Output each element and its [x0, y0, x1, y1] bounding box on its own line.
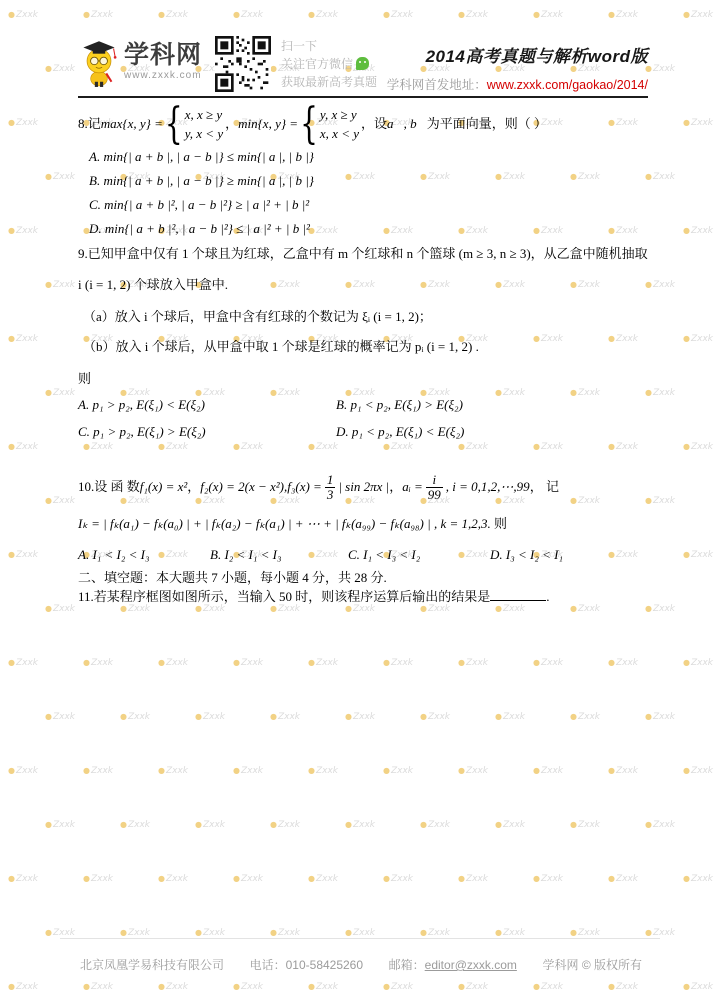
footer-rule [60, 938, 660, 939]
watermark: ●Zxxk [45, 280, 75, 290]
watermark-mascot-icon: ● [8, 442, 15, 451]
qr-code [215, 36, 271, 92]
watermark: ●Zxxk [533, 226, 563, 236]
watermark-mascot-icon: ● [570, 388, 577, 397]
watermark: ●Zxxk [345, 712, 375, 722]
watermark-mascot-icon: ● [420, 820, 427, 829]
watermark-mascot-icon: ● [458, 874, 465, 883]
watermark: ●Zxxk [495, 388, 525, 398]
watermark: ●Zxxk [345, 820, 375, 830]
watermark: ●Zxxk [683, 550, 713, 560]
watermark: ●Zxxk [420, 928, 450, 938]
watermark: ●Zxxk [458, 10, 488, 20]
watermark-mascot-icon: ● [495, 712, 502, 721]
watermark: ●Zxxk [645, 928, 675, 938]
qr-caption-line1: 扫一下 [281, 37, 377, 55]
watermark-mascot-icon: ● [158, 10, 165, 19]
watermark-mascot-icon: ● [683, 550, 690, 559]
watermark-mascot-icon: ● [83, 442, 90, 451]
watermark-mascot-icon: ● [495, 820, 502, 829]
watermark: ●Zxxk [308, 982, 338, 992]
watermark-mascot-icon: ● [533, 226, 540, 235]
watermark: ●Zxxk [8, 766, 38, 776]
watermark: ●Zxxk [120, 820, 150, 830]
watermark-mascot-icon: ● [608, 442, 615, 451]
watermark: ●Zxxk [683, 874, 713, 884]
watermark: ●Zxxk [383, 226, 413, 236]
watermark: ●Zxxk [308, 874, 338, 884]
watermark: ●Zxxk [570, 712, 600, 722]
watermark: ●Zxxk [683, 10, 713, 20]
q9-option-a: A. p₁ > p₂, E(ξ₁) < E(ξ₂) [78, 396, 336, 414]
watermark: ●Zxxk [308, 442, 338, 452]
watermark: ●Zxxk [83, 658, 113, 668]
watermark-mascot-icon: ● [8, 982, 15, 991]
watermark: ●Zxxk [308, 658, 338, 668]
watermark-mascot-icon: ● [570, 172, 577, 181]
watermark-mascot-icon: ● [683, 766, 690, 775]
source-link[interactable]: www.zxxk.com/gaokao/2014/ [487, 78, 648, 92]
q9-option-d: D. p₁ < p₂, E(ξ₁) < E(ξ₂) [336, 423, 464, 441]
q10-option-b: B. I₂ < I₁ < I₃ [210, 546, 348, 564]
watermark: ●Zxxk [683, 442, 713, 452]
watermark: ●Zxxk [383, 874, 413, 884]
watermark: ●Zxxk [420, 172, 450, 182]
watermark-mascot-icon: ● [570, 712, 577, 721]
watermark-mascot-icon: ● [608, 874, 615, 883]
watermark-mascot-icon: ● [533, 766, 540, 775]
watermark-mascot-icon: ● [608, 118, 615, 127]
watermark: ●Zxxk [270, 820, 300, 830]
watermark: ●Zxxk [645, 172, 675, 182]
watermark-mascot-icon: ● [608, 226, 615, 235]
watermark: ●Zxxk [45, 496, 75, 506]
q8-vectors: a⃗, b⃗ [387, 115, 427, 133]
watermark: ●Zxxk [570, 388, 600, 398]
zxxk-logo: 学科网 www.zxxk.com [78, 36, 202, 88]
watermark-mascot-icon: ● [120, 928, 127, 937]
watermark-mascot-icon: ● [233, 658, 240, 667]
watermark-mascot-icon: ● [683, 118, 690, 127]
watermark-mascot-icon: ● [120, 712, 127, 721]
watermark: ●Zxxk [608, 550, 638, 560]
watermark-mascot-icon: ● [683, 10, 690, 19]
watermark: ●Zxxk [570, 280, 600, 290]
watermark-mascot-icon: ● [420, 928, 427, 937]
watermark-mascot-icon: ● [383, 226, 390, 235]
footer-email-line: 邮箱：editor@zxxk.com [389, 956, 517, 973]
watermark-mascot-icon: ● [158, 766, 165, 775]
footer-company: 北京凤凰学易科技有限公司 [80, 956, 224, 973]
watermark: ●Zxxk [533, 334, 563, 344]
watermark-mascot-icon: ● [270, 712, 277, 721]
qr-caption: 扫一下 关注官方微信 获取最新高考真题 [281, 37, 377, 91]
watermark-mascot-icon: ● [308, 658, 315, 667]
qr-caption-line2: 关注官方微信 [281, 57, 353, 71]
q10-stem-line2: Iₖ = | fₖ(a₁) − fₖ(a₀) | + | fₖ(a₂) − fₖ… [78, 515, 507, 533]
watermark-mascot-icon: ● [8, 658, 15, 667]
watermark: ●Zxxk [158, 766, 188, 776]
watermark-mascot-icon: ● [83, 982, 90, 991]
q9-stem-line1: 9.已知甲盒中仅有 1 个球且为红球，乙盒中有 m 个红球和 n 个篮球 (m … [78, 245, 648, 263]
watermark: ●Zxxk [195, 712, 225, 722]
watermark-mascot-icon: ● [645, 604, 652, 613]
header: 学科网 www.zxxk.com [78, 34, 648, 94]
watermark: ●Zxxk [8, 658, 38, 668]
watermark: ●Zxxk [233, 658, 263, 668]
watermark: ●Zxxk [645, 712, 675, 722]
q8-mid: ， [225, 115, 238, 133]
watermark: ●Zxxk [458, 982, 488, 992]
logo-url: www.zxxk.com [124, 71, 202, 81]
watermark: ●Zxxk [233, 766, 263, 776]
watermark-mascot-icon: ● [608, 10, 615, 19]
source-line: 学科网首发地址：www.zxxk.com/gaokao/2014/ [387, 75, 648, 93]
watermark-mascot-icon: ● [45, 928, 52, 937]
watermark-mascot-icon: ● [45, 172, 52, 181]
q8-min-cases: { y, x ≥ y x, x < y [300, 104, 359, 144]
q9-item-b: （b）放入 i 个球后，从甲盒中取 1 个球是红球的概率记为 pᵢ (i = 1… [83, 338, 479, 356]
watermark-mascot-icon: ● [608, 334, 615, 343]
watermark-mascot-icon: ● [195, 928, 202, 937]
q9-option-b: B. p₁ < p₂, E(ξ₁) > E(ξ₂) [336, 396, 464, 414]
watermark-mascot-icon: ● [495, 388, 502, 397]
q9-item-a: （a）放入 i 个球后，甲盒中含有红球的个数记为 ξᵢ (i = 1, 2)； [83, 308, 432, 326]
watermark-mascot-icon: ● [495, 172, 502, 181]
watermark: ●Zxxk [8, 10, 38, 20]
watermark-mascot-icon: ● [83, 10, 90, 19]
watermark-mascot-icon: ● [233, 766, 240, 775]
watermark-mascot-icon: ● [233, 874, 240, 883]
watermark: ●Zxxk [533, 874, 563, 884]
watermark: ●Zxxk [683, 334, 713, 344]
answer-blank [490, 587, 546, 601]
footer-copyright: 学科网 © 版权所有 [542, 956, 642, 973]
watermark-mascot-icon: ● [45, 280, 52, 289]
watermark: ●Zxxk [383, 658, 413, 668]
q10-option-a: A. I₁ < I₂ < I₃ [78, 546, 210, 564]
q8-max-cases: { x, x ≥ y y, x < y [165, 104, 223, 144]
watermark-mascot-icon: ● [308, 874, 315, 883]
watermark-mascot-icon: ● [345, 280, 352, 289]
logo-title: 学科网 [124, 43, 202, 68]
watermark: ●Zxxk [270, 712, 300, 722]
watermark: ●Zxxk [495, 172, 525, 182]
watermark: ●Zxxk [608, 334, 638, 344]
watermark: ●Zxxk [645, 820, 675, 830]
fraction-one-third: 1 3 [325, 473, 336, 502]
watermark-mascot-icon: ● [233, 442, 240, 451]
watermark-mascot-icon: ● [570, 496, 577, 505]
watermark-mascot-icon: ● [383, 766, 390, 775]
watermark-mascot-icon: ● [645, 928, 652, 937]
watermark-mascot-icon: ● [8, 874, 15, 883]
watermark: ●Zxxk [233, 10, 263, 20]
watermark-mascot-icon: ● [345, 712, 352, 721]
q8-min-lhs: min{x, y} = [238, 115, 298, 133]
watermark: ●Zxxk [458, 766, 488, 776]
watermark-mascot-icon: ● [683, 982, 690, 991]
watermark-mascot-icon: ● [420, 280, 427, 289]
watermark-mascot-icon: ● [458, 226, 465, 235]
q10-options: A. I₁ < I₂ < I₃ B. I₂ < I₁ < I₃ C. I₁ < … [78, 546, 563, 564]
watermark: ●Zxxk [83, 766, 113, 776]
watermark: ●Zxxk [45, 928, 75, 938]
watermark: ●Zxxk [533, 442, 563, 452]
q8-option-c: C. min{| a + b |², | a − b |²} ≥ | a |² … [89, 196, 314, 220]
watermark-mascot-icon: ● [45, 388, 52, 397]
header-rule [78, 96, 648, 98]
footer-email-link[interactable]: editor@zxxk.com [425, 958, 517, 972]
watermark: ●Zxxk [458, 874, 488, 884]
watermark: ●Zxxk [570, 604, 600, 614]
watermark: ●Zxxk [683, 226, 713, 236]
watermark-mascot-icon: ● [383, 874, 390, 883]
watermark-mascot-icon: ● [83, 658, 90, 667]
watermark: ●Zxxk [158, 658, 188, 668]
watermark-mascot-icon: ● [308, 982, 315, 991]
q8-options: A. min{| a + b |, | a − b |} ≤ min{| a |… [89, 148, 314, 244]
watermark: ●Zxxk [345, 172, 375, 182]
watermark: ●Zxxk [495, 820, 525, 830]
watermark: ●Zxxk [645, 496, 675, 506]
watermark: ●Zxxk [45, 64, 75, 74]
watermark: ●Zxxk [570, 928, 600, 938]
watermark: ●Zxxk [233, 982, 263, 992]
q8-option-a: A. min{| a + b |, | a − b |} ≤ min{| a |… [89, 148, 314, 172]
watermark-mascot-icon: ● [45, 496, 52, 505]
watermark: ●Zxxk [8, 874, 38, 884]
watermark-mascot-icon: ● [158, 982, 165, 991]
watermark-mascot-icon: ● [458, 10, 465, 19]
watermark: ●Zxxk [158, 10, 188, 20]
watermark: ●Zxxk [195, 820, 225, 830]
watermark-mascot-icon: ● [533, 874, 540, 883]
watermark: ●Zxxk [533, 10, 563, 20]
watermark-mascot-icon: ● [458, 766, 465, 775]
watermark: ●Zxxk [195, 928, 225, 938]
watermark-mascot-icon: ● [458, 658, 465, 667]
watermark: ●Zxxk [45, 172, 75, 182]
watermark: ●Zxxk [683, 982, 713, 992]
watermark: ●Zxxk [8, 982, 38, 992]
watermark-mascot-icon: ● [420, 172, 427, 181]
watermark: ●Zxxk [383, 766, 413, 776]
watermark: ●Zxxk [495, 280, 525, 290]
watermark-mascot-icon: ● [8, 334, 15, 343]
watermark: ●Zxxk [8, 334, 38, 344]
watermark-mascot-icon: ● [495, 928, 502, 937]
watermark-mascot-icon: ● [383, 10, 390, 19]
watermark: ●Zxxk [308, 10, 338, 20]
watermark-mascot-icon: ● [120, 820, 127, 829]
watermark-mascot-icon: ● [533, 334, 540, 343]
watermark-mascot-icon: ● [608, 550, 615, 559]
watermark-mascot-icon: ● [45, 64, 52, 73]
watermark-mascot-icon: ● [458, 442, 465, 451]
q10-option-d: D. I₃ < I₂ < I₁ [490, 546, 563, 564]
q8-max-lhs: max{x, y} = [101, 115, 163, 133]
watermark-mascot-icon: ● [8, 10, 15, 19]
watermark: ●Zxxk [120, 712, 150, 722]
watermark: ●Zxxk [45, 820, 75, 830]
watermark: ●Zxxk [458, 658, 488, 668]
watermark-mascot-icon: ● [570, 820, 577, 829]
left-brace: { [300, 93, 318, 155]
left-brace: { [165, 93, 183, 155]
watermark: ●Zxxk [8, 550, 38, 560]
watermark: ●Zxxk [383, 982, 413, 992]
watermark: ●Zxxk [570, 820, 600, 830]
section2-header: 二、填空题：本大题共 7 小题，每小题 4 分，共 28 分. [78, 569, 387, 587]
footer-phone: 电话：010-58425260 [250, 956, 363, 973]
watermark: ●Zxxk [608, 658, 638, 668]
watermark: ●Zxxk [645, 64, 675, 74]
watermark: ●Zxxk [45, 388, 75, 398]
watermark: ●Zxxk [608, 442, 638, 452]
watermark: ●Zxxk [495, 928, 525, 938]
watermark: ●Zxxk [270, 928, 300, 938]
watermark-mascot-icon: ● [683, 334, 690, 343]
watermark-mascot-icon: ● [158, 874, 165, 883]
watermark: ●Zxxk [683, 766, 713, 776]
watermark: ●Zxxk [158, 442, 188, 452]
watermark: ●Zxxk [458, 226, 488, 236]
watermark-mascot-icon: ● [383, 982, 390, 991]
watermark: ●Zxxk [420, 280, 450, 290]
watermark-mascot-icon: ● [83, 766, 90, 775]
watermark: ●Zxxk [570, 172, 600, 182]
q8-option-d: D. min{| a + b |², | a − b |²} ≤ | a |² … [89, 220, 314, 244]
watermark: ●Zxxk [345, 280, 375, 290]
watermark: ●Zxxk [608, 118, 638, 128]
watermark-mascot-icon: ● [383, 442, 390, 451]
watermark: ●Zxxk [233, 874, 263, 884]
watermark: ●Zxxk [8, 226, 38, 236]
watermark: ●Zxxk [83, 982, 113, 992]
watermark: ●Zxxk [345, 928, 375, 938]
watermark-mascot-icon: ● [683, 226, 690, 235]
watermark: ●Zxxk [458, 442, 488, 452]
watermark: ●Zxxk [120, 928, 150, 938]
watermark: ●Zxxk [308, 766, 338, 776]
q9-stem-line2: i (i = 1, 2) 个球放入甲盒中. [78, 276, 228, 294]
watermark: ●Zxxk [270, 280, 300, 290]
watermark-mascot-icon: ● [158, 442, 165, 451]
q9-then: 则 [78, 370, 91, 388]
watermark: ●Zxxk [608, 226, 638, 236]
watermark: ●Zxxk [383, 442, 413, 452]
watermark-mascot-icon: ● [533, 10, 540, 19]
watermark: ●Zxxk [83, 10, 113, 20]
watermark-mascot-icon: ● [8, 766, 15, 775]
watermark: ●Zxxk [533, 766, 563, 776]
watermark: ●Zxxk [8, 118, 38, 128]
watermark-mascot-icon: ● [608, 658, 615, 667]
watermark-mascot-icon: ● [45, 820, 52, 829]
q10-stem-line1: 10.设 函 数 f₁(x) = x² ， f₂(x) = 2(x − x²),… [78, 467, 559, 507]
watermark-mascot-icon: ● [645, 496, 652, 505]
watermark: ●Zxxk [683, 118, 713, 128]
watermark-mascot-icon: ● [270, 280, 277, 289]
watermark-mascot-icon: ● [570, 928, 577, 937]
watermark-mascot-icon: ● [570, 604, 577, 613]
watermark-mascot-icon: ● [308, 10, 315, 19]
watermark-mascot-icon: ● [645, 820, 652, 829]
watermark: ●Zxxk [383, 10, 413, 20]
watermark-mascot-icon: ● [308, 766, 315, 775]
watermark: ●Zxxk [495, 712, 525, 722]
document-page: ●Zxxk●Zxxk●Zxxk●Zxxk●Zxxk●Zxxk●Zxxk●Zxxk… [0, 0, 719, 1002]
watermark: ●Zxxk [233, 442, 263, 452]
watermark-mascot-icon: ● [533, 982, 540, 991]
watermark: ●Zxxk [45, 712, 75, 722]
source-label: 学科网首发地址： [387, 78, 487, 92]
watermark: ●Zxxk [608, 874, 638, 884]
watermark-mascot-icon: ● [683, 874, 690, 883]
watermark-mascot-icon: ● [345, 820, 352, 829]
watermark-mascot-icon: ● [345, 172, 352, 181]
watermark-mascot-icon: ● [45, 712, 52, 721]
watermark-mascot-icon: ● [683, 442, 690, 451]
q10-option-c: C. I₁ < I₃ < I₂ [348, 546, 490, 564]
watermark-mascot-icon: ● [8, 118, 15, 127]
watermark-mascot-icon: ● [683, 658, 690, 667]
watermark-mascot-icon: ● [420, 712, 427, 721]
watermark-mascot-icon: ● [533, 658, 540, 667]
watermark: ●Zxxk [83, 874, 113, 884]
doc-title: 2014高考真题与解析word版 [387, 42, 648, 67]
watermark-mascot-icon: ● [645, 280, 652, 289]
watermark: ●Zxxk [608, 10, 638, 20]
watermark: ●Zxxk [420, 820, 450, 830]
fraction-i-99: i 99 [426, 473, 443, 502]
watermark-mascot-icon: ● [383, 658, 390, 667]
watermark: ●Zxxk [8, 442, 38, 452]
watermark: ●Zxxk [645, 388, 675, 398]
watermark: ●Zxxk [683, 658, 713, 668]
watermark-mascot-icon: ● [533, 442, 540, 451]
watermark: ●Zxxk [83, 442, 113, 452]
watermark-mascot-icon: ● [608, 982, 615, 991]
q8-prefix: 8.记 [78, 115, 101, 133]
watermark: ●Zxxk [570, 496, 600, 506]
q9-option-c: C. p₁ > p₂, E(ξ₁) > E(ξ₂) [78, 423, 336, 441]
watermark-mascot-icon: ● [8, 226, 15, 235]
watermark: ●Zxxk [533, 982, 563, 992]
watermark-mascot-icon: ● [308, 442, 315, 451]
watermark-mascot-icon: ● [195, 712, 202, 721]
wechat-icon [356, 57, 369, 70]
watermark: ●Zxxk [645, 280, 675, 290]
q8-stem: 8.记 max{x, y} = { x, x ≥ y y, x < y ， mi… [78, 101, 547, 147]
watermark: ●Zxxk [608, 982, 638, 992]
watermark-mascot-icon: ● [158, 658, 165, 667]
watermark-mascot-icon: ● [645, 712, 652, 721]
q8-option-b: B. min{| a + b |, | a − b |} ≥ min{| a |… [89, 172, 314, 196]
q9-options: A. p₁ > p₂, E(ξ₁) < E(ξ₂) B. p₁ < p₂, E(… [78, 396, 464, 440]
watermark: ●Zxxk [645, 604, 675, 614]
watermark-mascot-icon: ● [45, 604, 52, 613]
watermark-mascot-icon: ● [495, 280, 502, 289]
watermark: ●Zxxk [420, 712, 450, 722]
watermark-mascot-icon: ● [645, 172, 652, 181]
qr-caption-line3: 获取最新高考真题 [281, 73, 377, 91]
q11-stem: 11.若某程序框图如图所示，当输入 50 时，则该程序运算后输出的结果是. [78, 587, 550, 606]
watermark-mascot-icon: ● [570, 280, 577, 289]
watermark-mascot-icon: ● [270, 820, 277, 829]
watermark-mascot-icon: ● [458, 982, 465, 991]
